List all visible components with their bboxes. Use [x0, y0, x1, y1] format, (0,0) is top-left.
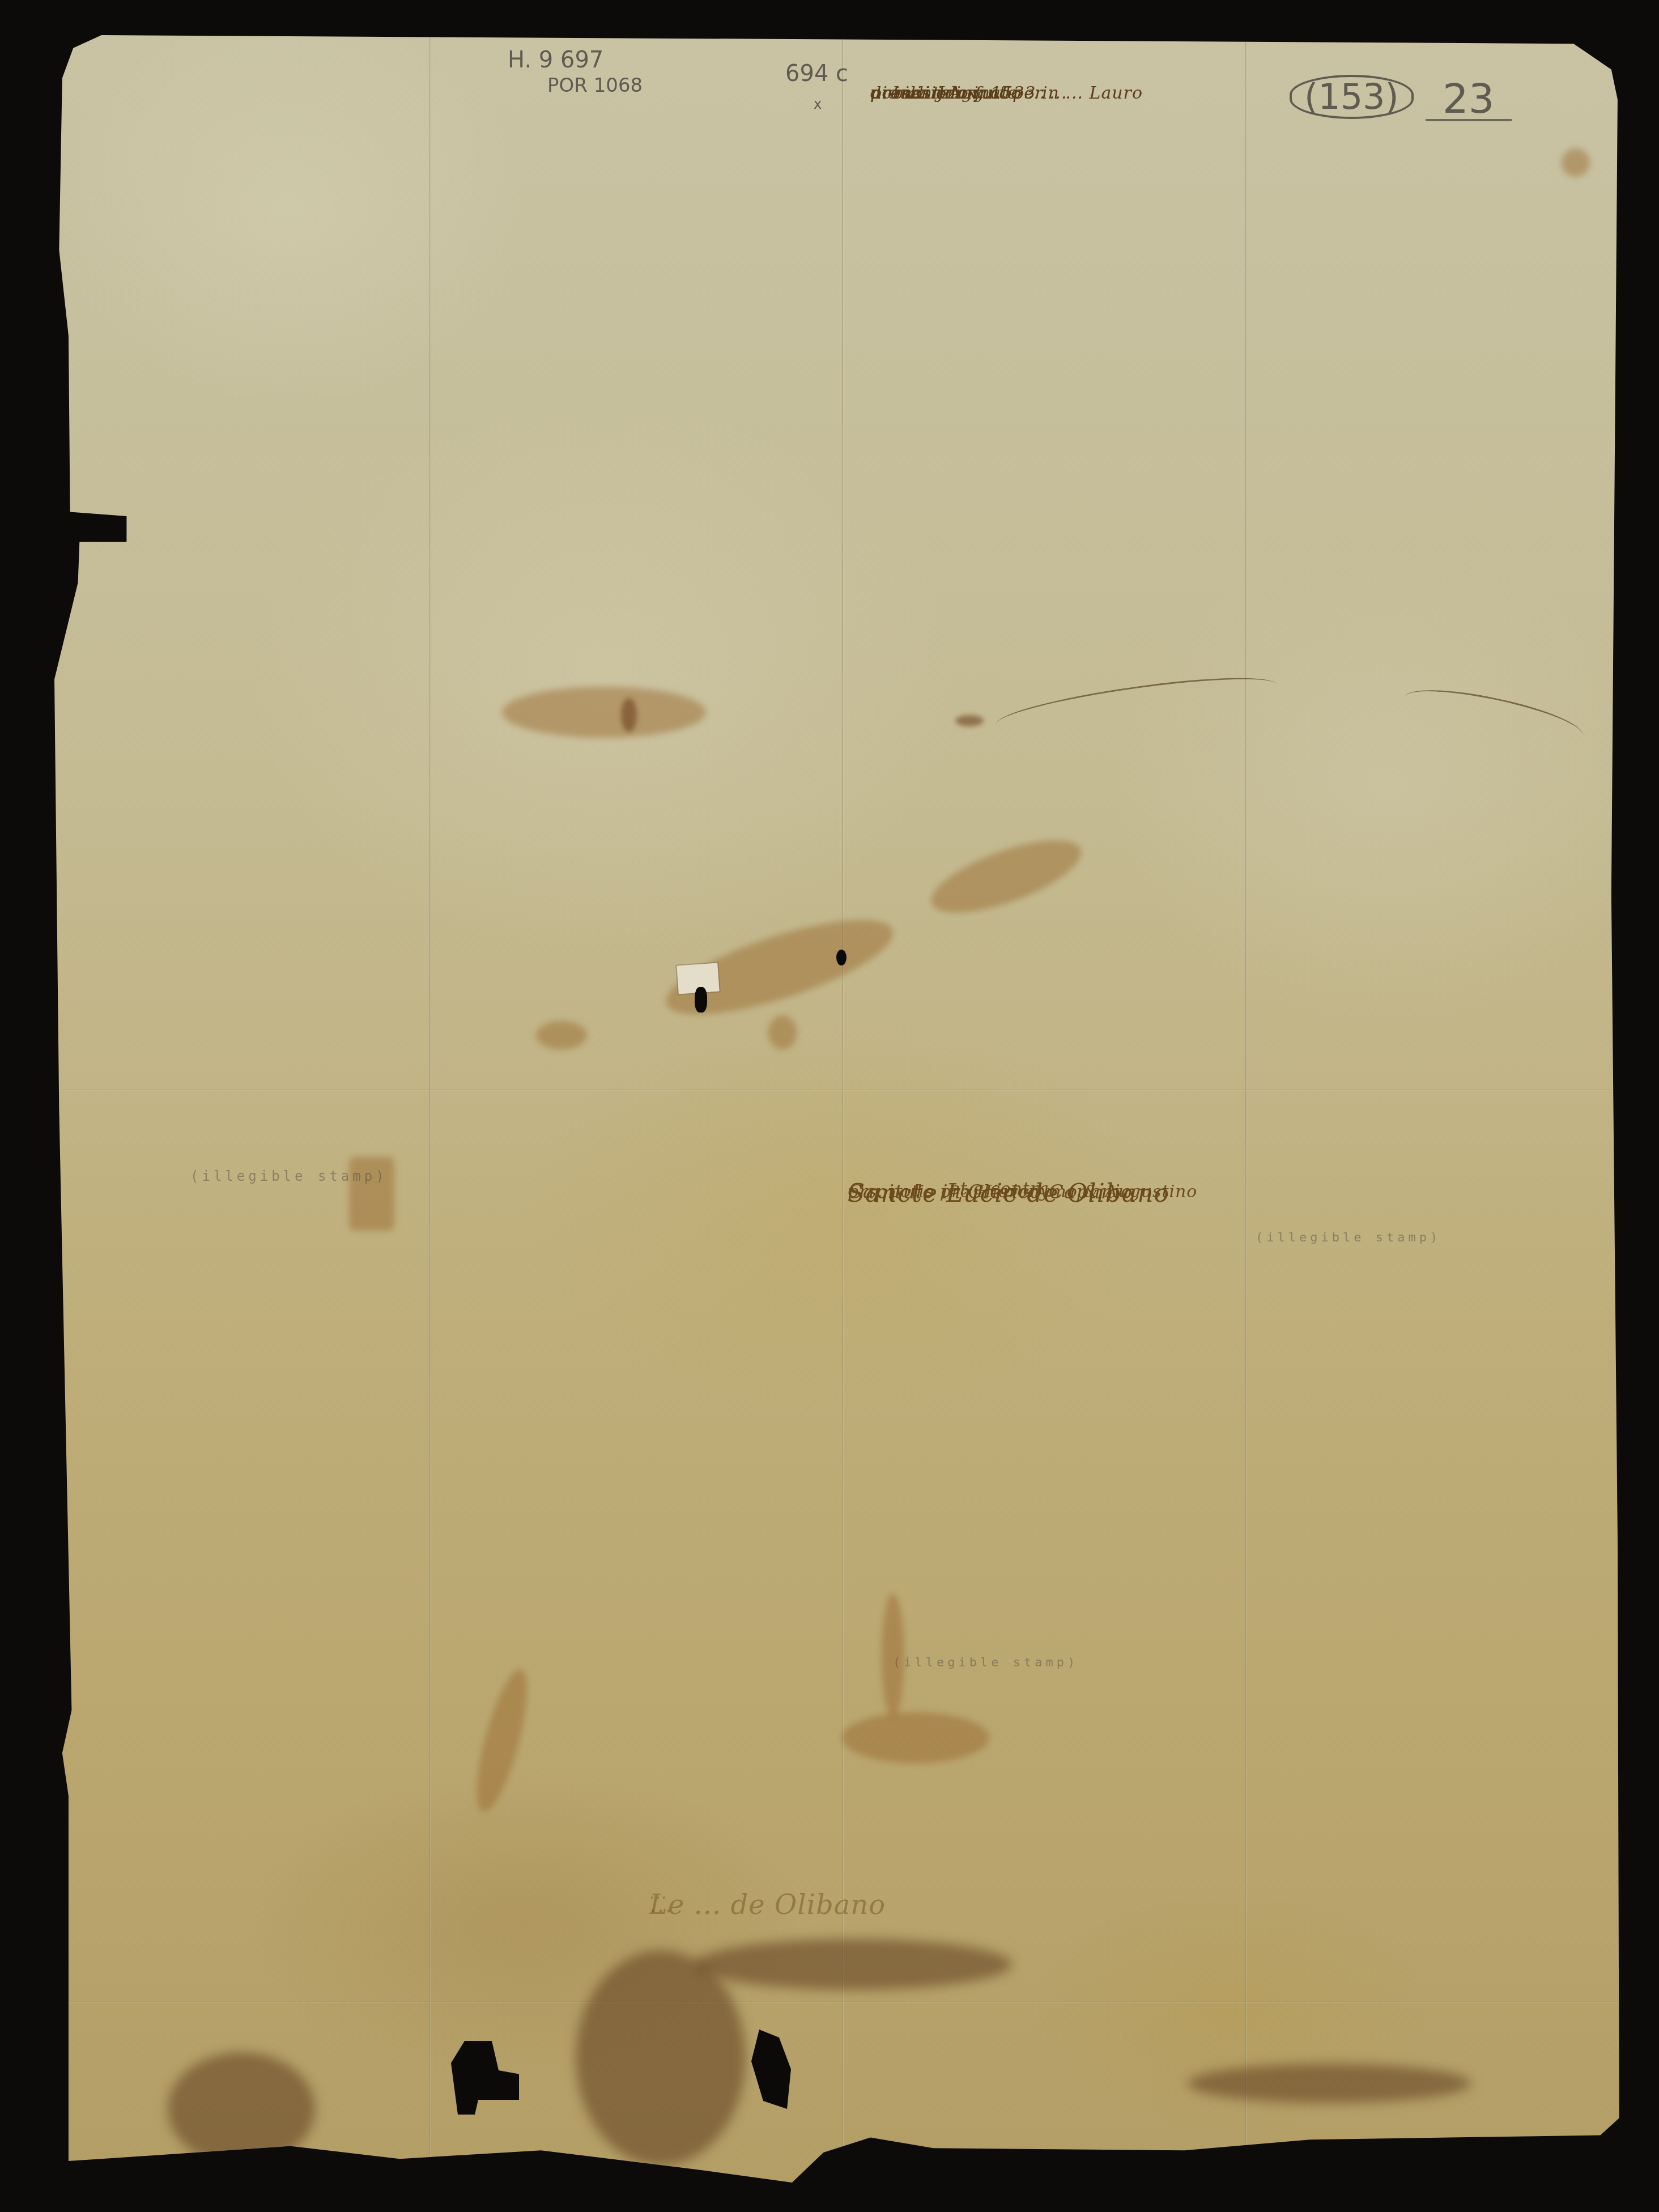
hole	[836, 950, 846, 965]
faint-stamp: (illegible stamp)	[190, 1168, 388, 1184]
faint-stamp: (illegible stamp)	[1256, 1231, 1441, 1245]
faint-stamp: (illegible stamp)	[893, 1656, 1078, 1670]
crack	[1401, 679, 1586, 752]
stain-drip	[466, 1665, 537, 1817]
item-number: 694 c	[785, 62, 848, 85]
crack	[994, 667, 1279, 742]
stain	[768, 1015, 797, 1049]
hole-torn	[451, 2041, 519, 2115]
faint-line: Le ... de Olibano	[649, 1877, 886, 1933]
ink-blot	[621, 698, 637, 732]
mold-stain	[695, 1939, 1012, 1990]
mold-stain	[576, 1950, 746, 2166]
folio-number: 23	[1426, 78, 1512, 121]
shelfmark-line-1: H. 9 697	[508, 49, 603, 71]
stain-red	[1562, 148, 1590, 177]
fold-line-horizontal	[54, 1089, 1624, 1091]
hole	[695, 987, 707, 1013]
endorsement-line: Sancte Lucie de Olibano	[848, 1174, 1169, 1214]
faint-line: ...	[649, 1877, 667, 1911]
note-line: prendi originale	[870, 80, 1018, 107]
fold-line-vertical-3	[1245, 35, 1247, 2183]
mold-stain	[1188, 2064, 1471, 2103]
parchment-sheet: H. 9 697 POR 1068 694 c x (153) 23 die x…	[54, 35, 1624, 2183]
stain	[502, 687, 706, 738]
bracket-number: (153)	[1290, 75, 1414, 119]
hole-torn	[751, 2030, 791, 2109]
fold-line-horizontal-bottom	[54, 2001, 1624, 2003]
stain-water	[842, 1712, 989, 1763]
bracket-number-text: (153)	[1304, 76, 1399, 117]
fold-line-vertical-1	[429, 35, 431, 2183]
stain-diagonal	[923, 826, 1090, 928]
shelfmark-line-2: POR 1068	[547, 76, 643, 95]
cross-mark: x	[814, 96, 822, 112]
ink-blot	[955, 715, 984, 726]
stain	[536, 1021, 587, 1049]
fold-line-vertical-2	[842, 35, 844, 2183]
